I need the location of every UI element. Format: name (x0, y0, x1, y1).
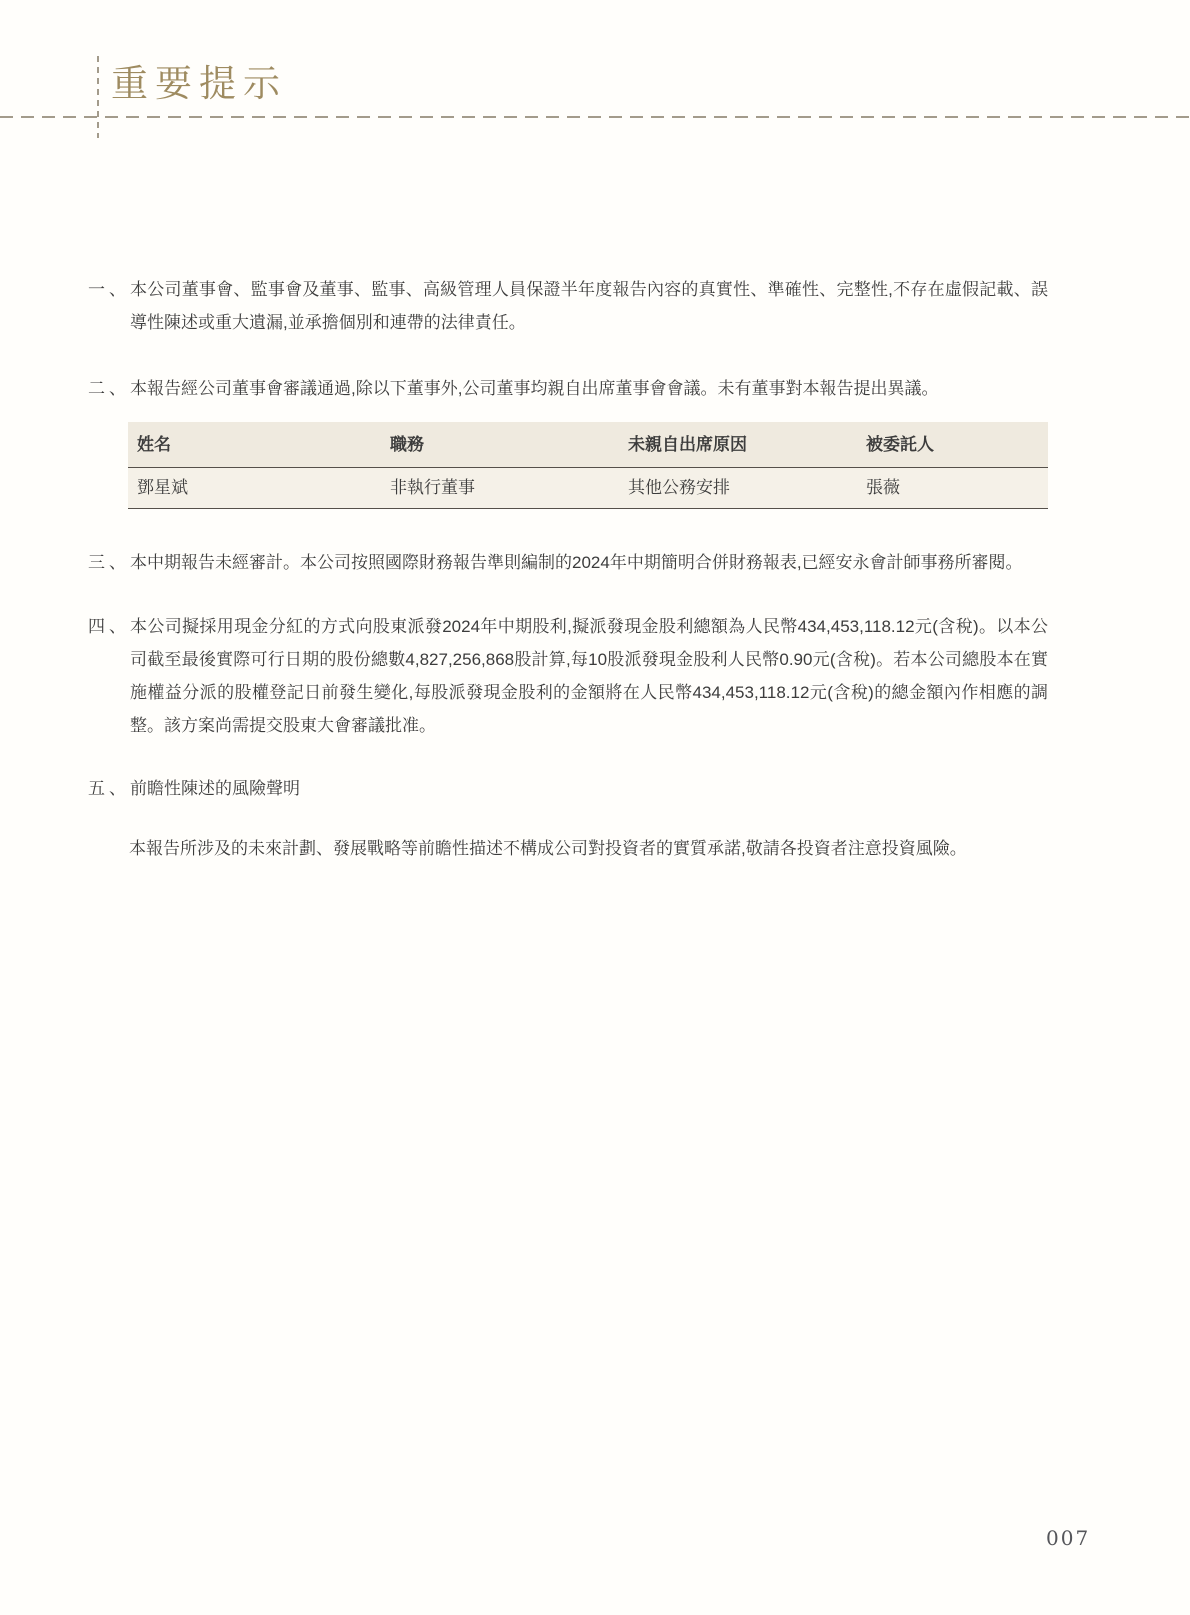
list-item-number: 四、 (88, 610, 130, 643)
list-item-number: 五、 (88, 772, 130, 805)
list-item-text: 本公司擬採用現金分紅的方式向股東派發2024年中期股利,擬派發現金股利總額為人民… (130, 610, 1048, 742)
list-item-text: 前瞻性陳述的風險聲明 (130, 772, 1048, 805)
list-item-3: 三、 本中期報告未經審計。本公司按照國際財務報告準則編制的2024年中期簡明合併… (88, 546, 1048, 579)
forward-looking-note: 本報告所涉及的未來計劃、發展戰略等前瞻性描述不構成公司對投資者的實質承諾,敬請各… (129, 832, 1048, 865)
table-header-name: 姓名 (128, 422, 390, 467)
table-header-proxy: 被委託人 (866, 422, 1048, 467)
list-item-1: 一、 本公司董事會、監事會及董事、監事、高級管理人員保證半年度報告內容的真實性、… (88, 273, 1048, 339)
list-item-5: 五、 前瞻性陳述的風險聲明 (88, 772, 1048, 805)
list-item-2: 二、 本報告經公司董事會審議通過,除以下董事外,公司董事均親自出席董事會會議。未… (88, 372, 1048, 405)
document-body: 一、 本公司董事會、監事會及董事、監事、高級管理人員保證半年度報告內容的真實性、… (88, 273, 1048, 865)
header-horizontal-dashed-line (0, 116, 1190, 118)
title-vertical-dashed-line (97, 56, 99, 138)
list-item-number: 二、 (88, 372, 130, 405)
absent-directors-table: 姓名 職務 未親自出席原因 被委託人 鄧星斌 非執行董事 其他公務安排 張薇 (128, 422, 1048, 509)
table-cell-proxy: 張薇 (866, 467, 1048, 508)
list-item-text: 本公司董事會、監事會及董事、監事、高級管理人員保證半年度報告內容的真實性、準確性… (130, 273, 1048, 339)
table-cell-position: 非執行董事 (390, 467, 628, 508)
page-title: 重要提示 (111, 53, 287, 107)
list-item-number: 一、 (88, 273, 130, 306)
table-cell-name: 鄧星斌 (128, 467, 390, 508)
list-item-number: 三、 (88, 546, 130, 579)
table-header-position: 職務 (390, 422, 628, 467)
list-item-text: 本報告經公司董事會審議通過,除以下董事外,公司董事均親自出席董事會會議。未有董事… (130, 372, 1048, 405)
table-row: 鄧星斌 非執行董事 其他公務安排 張薇 (128, 467, 1048, 508)
list-item-text: 本中期報告未經審計。本公司按照國際財務報告準則編制的2024年中期簡明合併財務報… (130, 546, 1048, 579)
table-cell-absence-reason: 其他公務安排 (628, 467, 866, 508)
table-header-absence-reason: 未親自出席原因 (628, 422, 866, 467)
list-item-4: 四、 本公司擬採用現金分紅的方式向股東派發2024年中期股利,擬派發現金股利總額… (88, 610, 1048, 742)
page-number: 007 (1046, 1526, 1090, 1550)
table-header-row: 姓名 職務 未親自出席原因 被委託人 (128, 422, 1048, 467)
